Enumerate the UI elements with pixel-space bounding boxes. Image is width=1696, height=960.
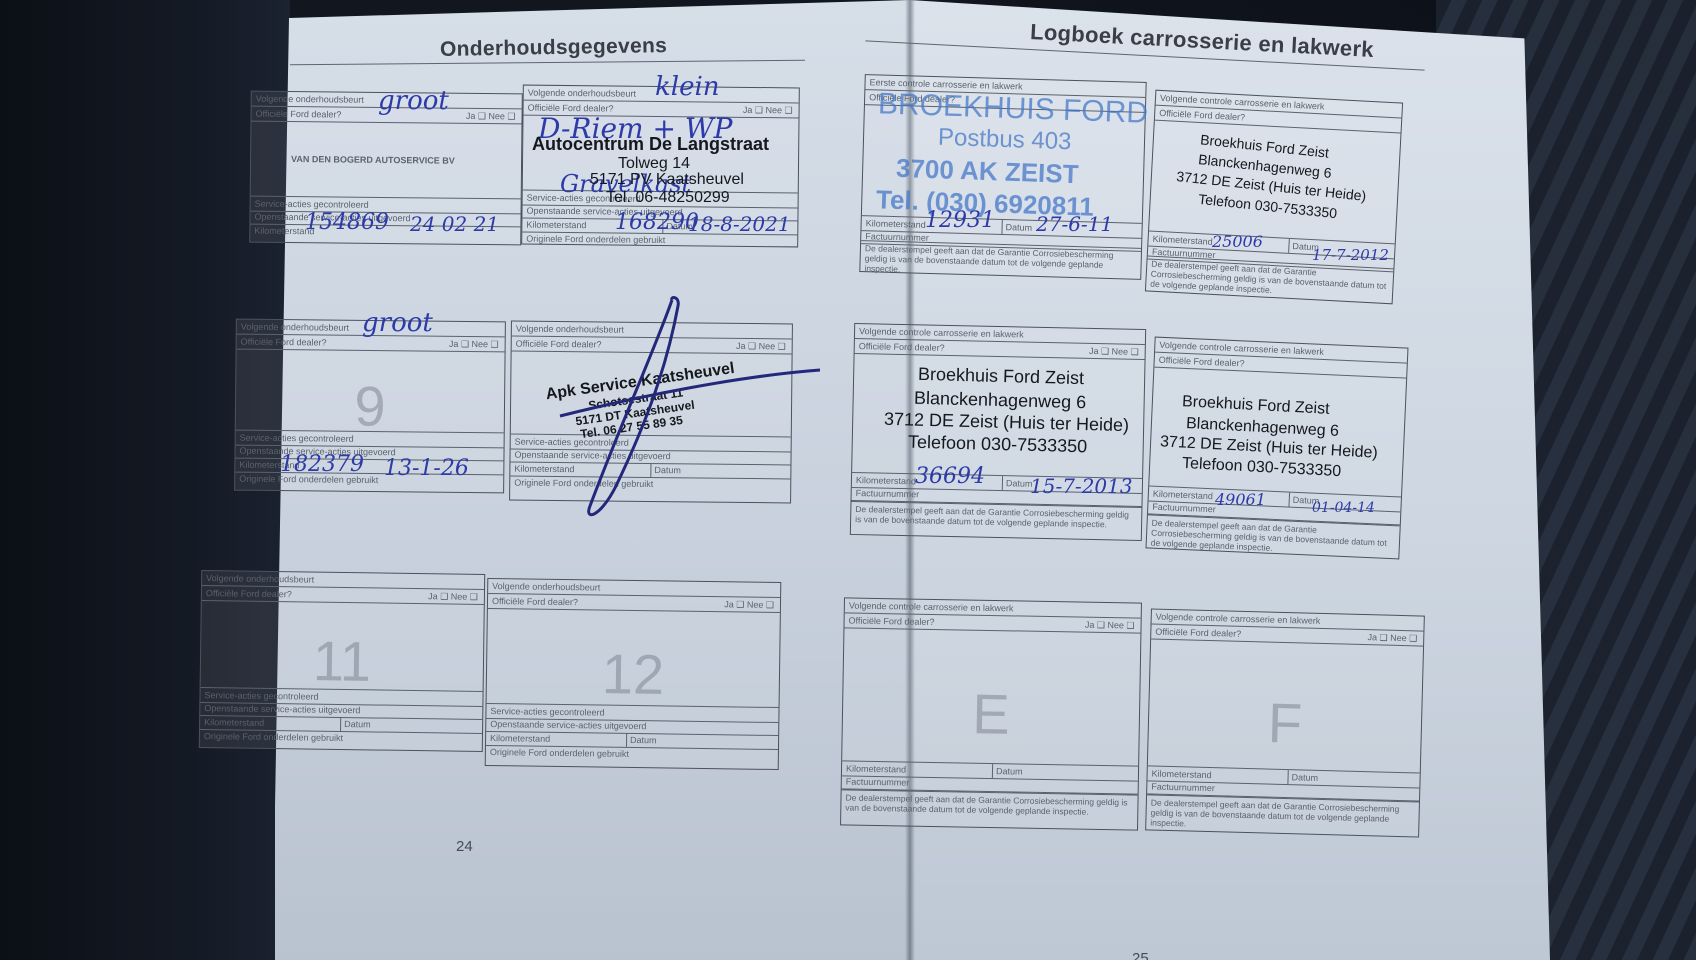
footnote: De dealerstempel geeft aan dat de Garant… <box>1146 794 1419 836</box>
dealer-stamp-line: 3700 AK ZEIST <box>896 153 1080 190</box>
handwritten-next-service: groot <box>378 86 449 116</box>
service-entry-11: Volgende onderhoudsbeurt Officiële Ford … <box>199 570 485 752</box>
slot-number: 11 <box>312 628 371 694</box>
slot-letter: F <box>1267 690 1303 756</box>
bodywork-entry-E: Volgende controle carrosserie en lakwerk… <box>840 597 1142 830</box>
handwritten-next-service: groot <box>362 308 433 338</box>
handwritten-date: 01-04-14 <box>1312 500 1375 516</box>
dealer-stamp-line: Postbus 403 <box>938 124 1072 157</box>
dealer-stamp-line: 5171 PV Kaatsheuvel <box>590 170 744 189</box>
handwritten-odometer: 12931 <box>925 208 995 233</box>
handwritten-date: 17-7-2012 <box>1312 246 1389 264</box>
page-number-right: 25 <box>1132 950 1149 960</box>
handwritten-odometer: 182379 <box>280 452 364 477</box>
dealer-stamp-line: Autocentrum De Langstraat <box>532 134 769 156</box>
original-parts-label: Originele Ford onderdelen gebruikt <box>200 729 482 747</box>
handwritten-odometer: 168290 <box>615 210 699 235</box>
bodywork-entry-F: Volgende controle carrosserie en lakwerk… <box>1145 608 1425 837</box>
dealer-stamp-line: Broekhuis Ford Zeist <box>918 364 1085 390</box>
handwritten-next-service: klein <box>655 72 720 102</box>
left-page-heading: Onderhoudsgegevens <box>440 34 668 62</box>
original-parts-label: Originele Ford onderdelen gebruikt <box>486 745 778 763</box>
signature-scribble <box>560 296 830 526</box>
handwritten-date: 18-8-2021 <box>688 212 791 236</box>
footnote: De dealerstempel geeft aan dat de Garant… <box>841 789 1138 829</box>
handwritten-odometer: 154869 <box>305 210 389 235</box>
handwritten-date: 13-1-26 <box>384 456 469 481</box>
slot-number: 12 <box>601 641 664 707</box>
page-number-left: 24 <box>456 838 473 855</box>
handwritten-date: 27-6-11 <box>1036 212 1113 236</box>
official-dealer-label: Officiële Ford dealer?Ja ❑ Nee ❑ <box>202 586 484 605</box>
official-dealer-label: Officiële Ford dealer?Ja ❑ Nee ❑ <box>488 594 780 613</box>
handwritten-odometer: 49061 <box>1215 490 1266 509</box>
footnote: De dealerstempel geeft aan dat de Garant… <box>860 240 1141 279</box>
footnote: De dealerstempel geeft aan dat de Garant… <box>851 501 1142 540</box>
service-entry-12: Volgende onderhoudsbeurt Officiële Ford … <box>485 578 782 770</box>
slot-number: 9 <box>354 373 386 438</box>
dealer-stamp: VAN DEN BOGERD AUTOSERVICE BV <box>291 154 455 167</box>
handwritten-odometer: 36694 <box>915 464 985 489</box>
slot-letter: E <box>972 681 1010 747</box>
handwritten-date: 24 02 21 <box>410 212 499 236</box>
dealer-stamp-line: Tel. 06-48250299 <box>606 188 730 207</box>
handwritten-odometer: 25006 <box>1212 232 1263 251</box>
handwritten-date: 15-7-2013 <box>1030 474 1133 498</box>
